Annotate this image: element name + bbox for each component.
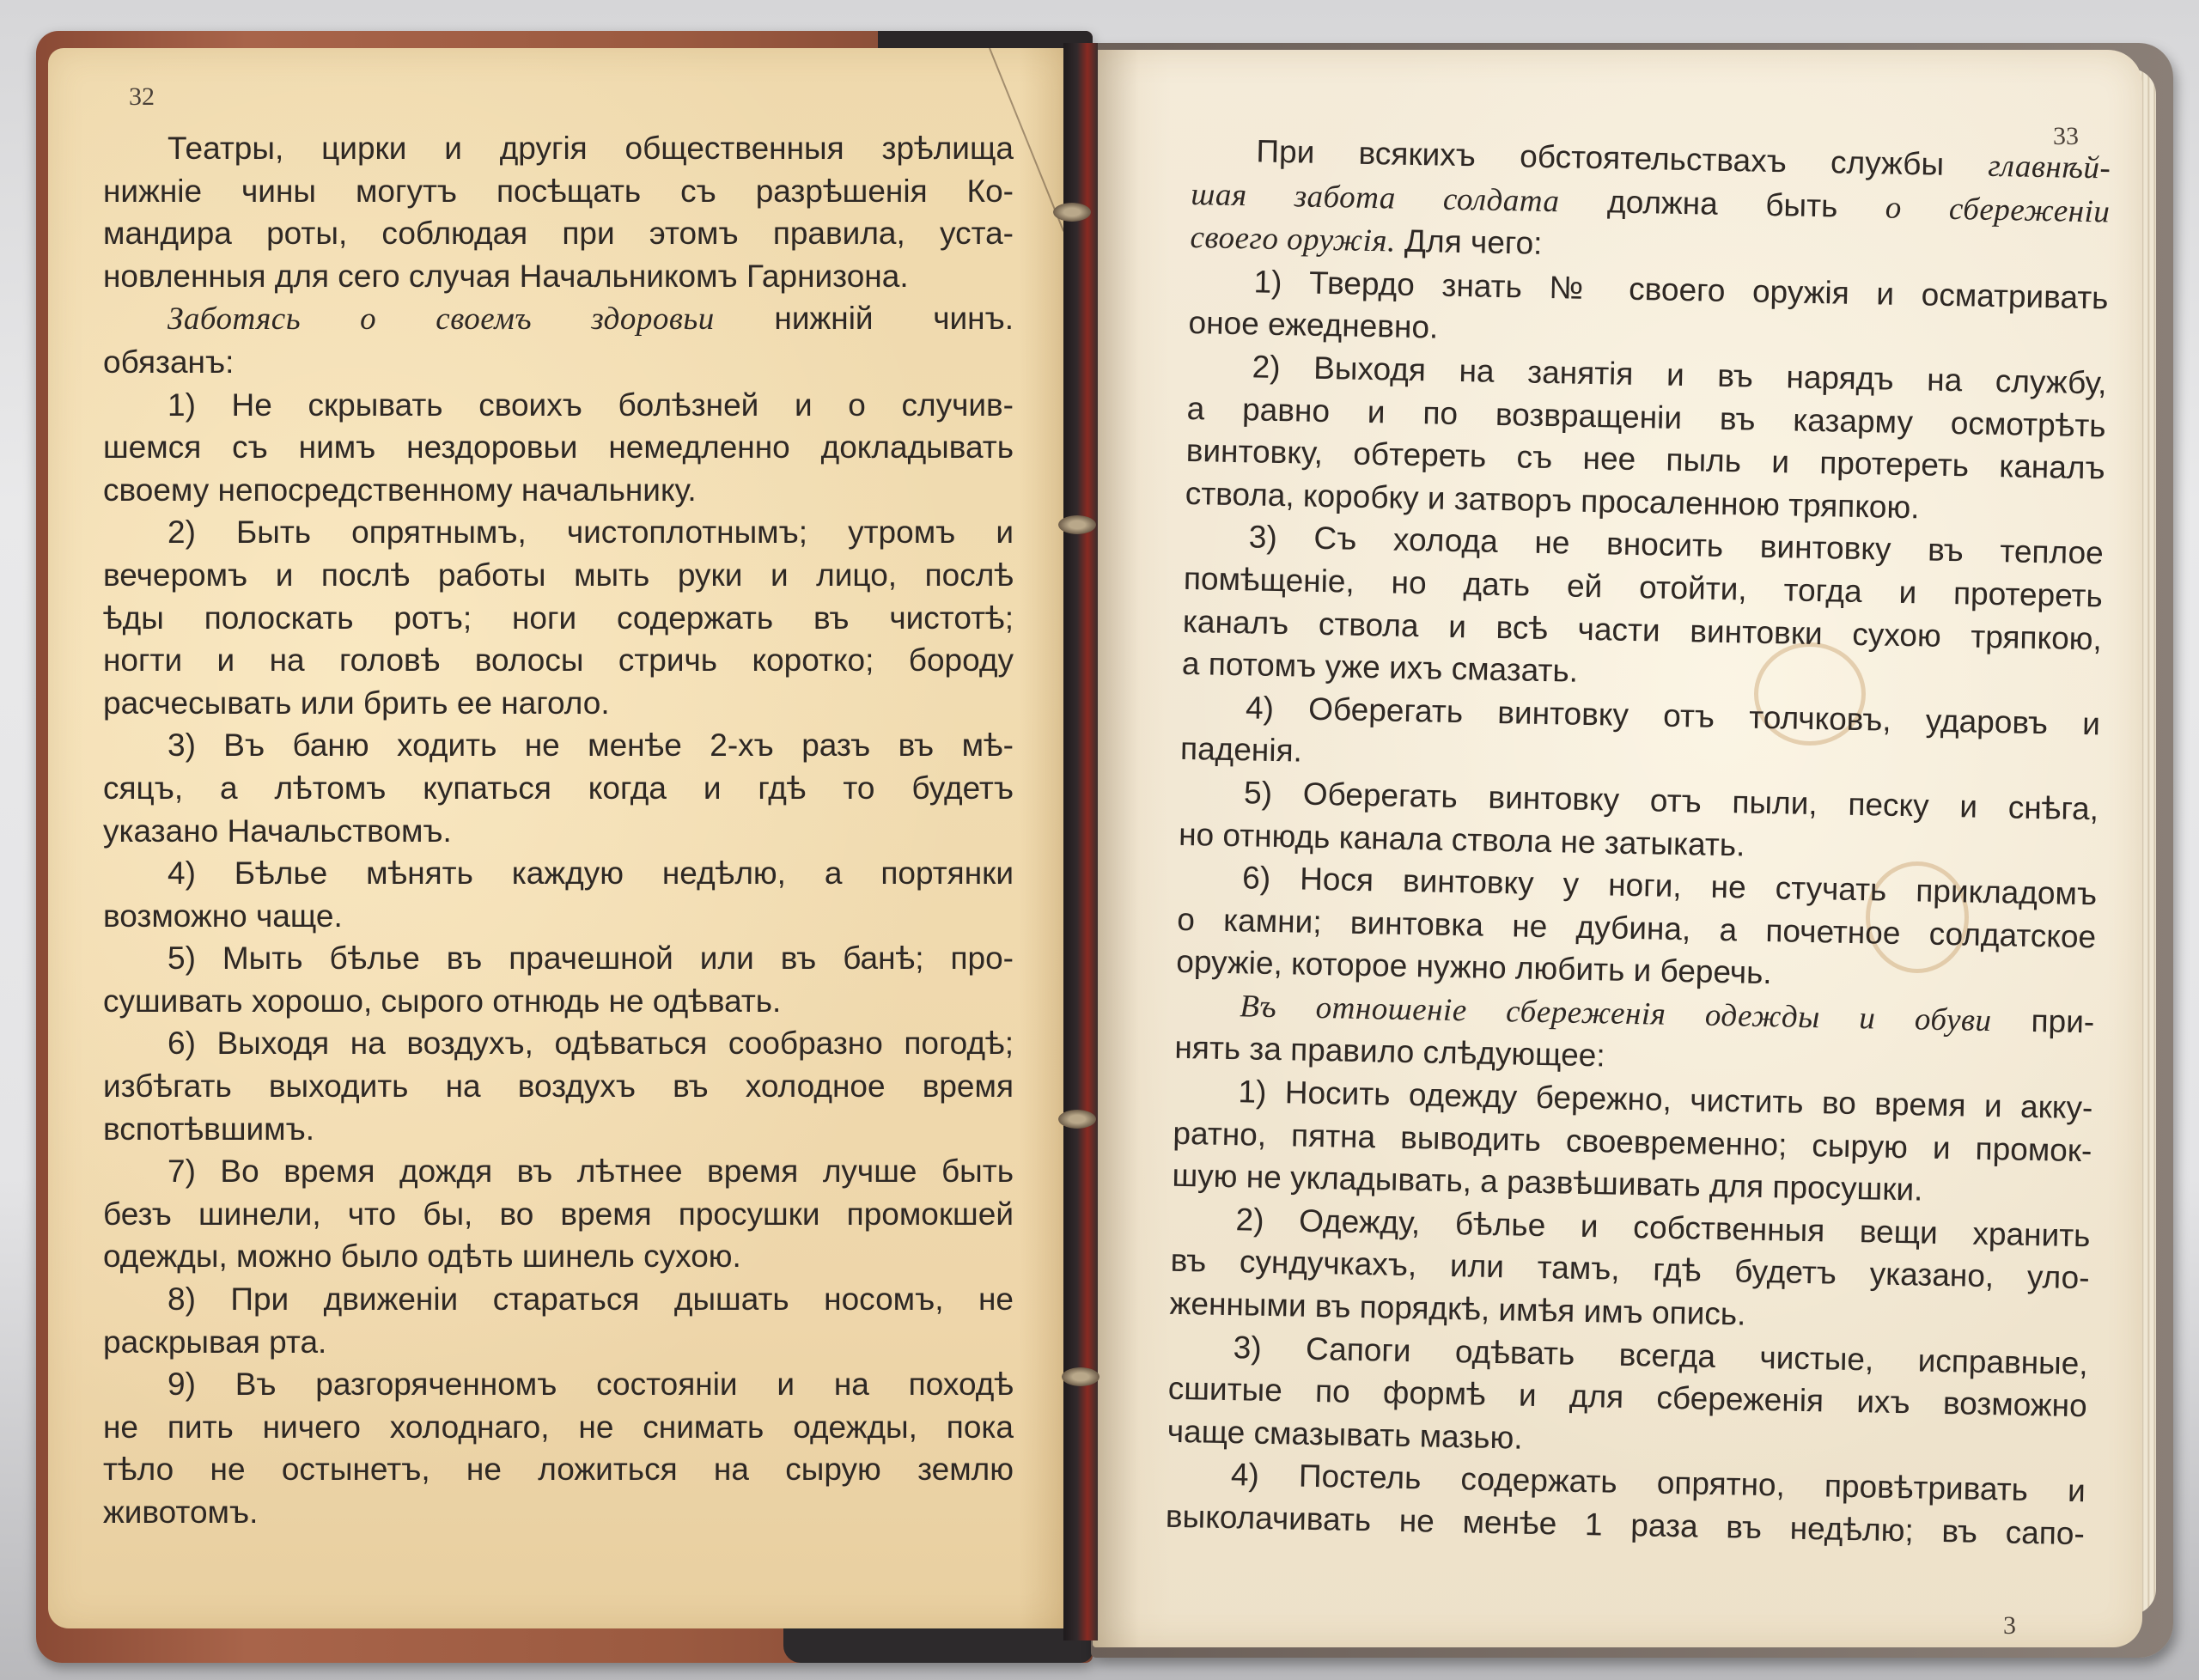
line-text: тѣло не остынетъ, не ложиться на сырую з… xyxy=(103,1452,1014,1487)
line-text: женными въ порядкѣ, имѣя имъ опись. xyxy=(1169,1286,1745,1332)
line-text: должна быть xyxy=(1559,183,1885,224)
line-text: 2) Быть опрятнымъ, чистоплотнымъ; утромъ… xyxy=(168,514,1014,550)
text-line: вечеромъ и послѣ работы мыть руки и лицо… xyxy=(103,554,1014,597)
line-text: безъ шинели, что бы, во время просушки п… xyxy=(103,1196,1014,1232)
line-text: Театры, цирки и другія общественныя зрѣл… xyxy=(168,131,1014,166)
text-line: безъ шинели, что бы, во время просушки п… xyxy=(103,1193,1014,1236)
italic-emphasis: шая забота солдата xyxy=(1191,177,1560,219)
line-text: но отнюдь канала ствола не затыкать. xyxy=(1179,816,1745,862)
line-text: не пить ничего холоднаго, не снимать оде… xyxy=(103,1409,1014,1445)
line-text: а потомъ уже ихъ смазать. xyxy=(1182,646,1579,689)
text-line: 4) Бѣлье мѣнять каждую недѣлю, а портянк… xyxy=(103,852,1014,895)
text-line: своему непосредственному начальнику. xyxy=(103,469,1014,512)
right-page-text: При всякихъ обстоятельствахъ службы глав… xyxy=(1166,129,2111,1555)
text-line: вспотѣвшимъ. xyxy=(103,1108,1014,1151)
line-text: нижній чинъ. xyxy=(715,301,1014,336)
italic-emphasis: о сбереженіи xyxy=(1885,190,2110,229)
line-text: животомъ. xyxy=(103,1494,258,1530)
italic-emphasis: главнѣй- xyxy=(1988,149,2111,186)
line-text: раскрывая рта. xyxy=(103,1324,326,1360)
line-text: 1) Не скрывать своихъ болѣзней и о случи… xyxy=(168,387,1014,423)
text-line: 7) Во время дождя въ лѣтнее время лучше … xyxy=(103,1150,1014,1193)
line-text: 3) Въ баню ходить не менѣе 2-хъ разъ въ … xyxy=(168,727,1014,763)
text-line: 2) Быть опрятнымъ, чистоплотнымъ; утромъ… xyxy=(103,511,1014,554)
line-text: Для чего: xyxy=(1395,223,1542,261)
line-text: мандира роты, соблюдая при этомъ правила… xyxy=(103,216,1014,251)
text-line: 6) Выходя на воздухъ, одѣваться сообразн… xyxy=(103,1022,1014,1065)
signature-mark: 3 xyxy=(2003,1611,2016,1640)
open-book: 32 33 3 Театры, цирки и другія обществен… xyxy=(0,0,2199,1680)
text-line: ѣды полоскать ротъ; ноги содержать въ чи… xyxy=(103,597,1014,640)
text-line: 8) При движеніи стараться дышать носомъ,… xyxy=(103,1278,1014,1321)
line-text: 7) Во время дождя въ лѣтнее время лучше … xyxy=(168,1153,1014,1189)
text-line: Театры, цирки и другія общественныя зрѣл… xyxy=(103,127,1014,170)
text-line: тѣло не остынетъ, не ложиться на сырую з… xyxy=(103,1448,1014,1491)
line-text: 6) Выходя на воздухъ, одѣваться сообразн… xyxy=(168,1026,1014,1061)
line-text: своему непосредственному начальнику. xyxy=(103,472,697,508)
line-text: 9) Въ разгоряченномъ состояніи и на похо… xyxy=(168,1367,1014,1402)
line-text: 5) Мыть бѣлье въ прачешной или въ банѣ; … xyxy=(168,940,1014,976)
text-line: указано Начальствомъ. xyxy=(103,810,1014,853)
text-line: одежды, можно было одѣть шинель сухою. xyxy=(103,1235,1014,1278)
text-line: шемся съ нимъ нездоровьи немедленно докл… xyxy=(103,426,1014,469)
binding-thread xyxy=(1058,515,1096,534)
line-text: указано Начальствомъ. xyxy=(103,813,452,849)
text-line: Заботясь о своемъ здоровьи нижній чинъ. xyxy=(103,297,1014,341)
line-text: 8) При движеніи стараться дышать носомъ,… xyxy=(168,1281,1014,1317)
line-text: оружіе, которое нужно любить и беречь. xyxy=(1176,944,1772,990)
text-line: обязанъ: xyxy=(103,341,1014,384)
line-text: одежды, можно было одѣть шинель сухою. xyxy=(103,1239,741,1274)
italic-emphasis: своего оружія. xyxy=(1190,220,1396,259)
book-spine xyxy=(1063,43,1098,1640)
text-line: 5) Мыть бѣлье въ прачешной или въ банѣ; … xyxy=(103,937,1014,980)
line-text: обязанъ: xyxy=(103,344,234,380)
text-line: мандира роты, соблюдая при этомъ правила… xyxy=(103,212,1014,255)
text-line: нижніе чины могутъ посѣщать съ разрѣшені… xyxy=(103,170,1014,213)
line-text: сяцъ, а лѣтомъ купаться когда и гдѣ то б… xyxy=(103,770,1014,806)
text-line: избѣгать выходить на воздухъ въ холодное… xyxy=(103,1065,1014,1108)
left-page-text: Театры, цирки и другія общественныя зрѣл… xyxy=(103,127,1014,1534)
binding-thread xyxy=(1062,1367,1099,1386)
binding-thread xyxy=(1058,1110,1096,1129)
gutter-shadow xyxy=(1019,48,1070,1628)
text-line: животомъ. xyxy=(103,1491,1014,1534)
line-text: чаще смазывать мазью. xyxy=(1167,1414,1522,1456)
line-text: 4) Бѣлье мѣнять каждую недѣлю, а портянк… xyxy=(168,855,1014,891)
line-text: паденія. xyxy=(1180,731,1303,769)
text-line: возможно чаще. xyxy=(103,895,1014,938)
text-line: новленныя для сего случая Начальникомъ Г… xyxy=(103,255,1014,298)
page-number-left: 32 xyxy=(129,82,155,112)
line-text: нять за правило слѣдующее: xyxy=(1174,1030,1605,1074)
text-line: ногти и на головѣ волосы стричь коротко;… xyxy=(103,639,1014,682)
line-text: вспотѣвшимъ. xyxy=(103,1111,314,1147)
binding-thread xyxy=(1053,203,1091,222)
line-text: избѣгать выходить на воздухъ въ холодное… xyxy=(103,1068,1014,1104)
text-line: сушивать хорошо, сырого отнюдь не одѣват… xyxy=(103,980,1014,1023)
line-text: ѣды полоскать ротъ; ноги содержать въ чи… xyxy=(103,600,1014,636)
line-text: при- xyxy=(1991,1002,2094,1039)
line-text: ногти и на головѣ волосы стричь коротко;… xyxy=(103,642,1014,678)
text-line: 9) Въ разгоряченномъ состояніи и на похо… xyxy=(103,1363,1014,1406)
line-text: возможно чаще. xyxy=(103,898,343,934)
text-line: 1) Не скрывать своихъ болѣзней и о случи… xyxy=(103,384,1014,427)
text-line: не пить ничего холоднаго, не снимать оде… xyxy=(103,1406,1014,1449)
line-text: вечеромъ и послѣ работы мыть руки и лицо… xyxy=(103,557,1014,593)
text-line: сяцъ, а лѣтомъ купаться когда и гдѣ то б… xyxy=(103,767,1014,810)
line-text: нижніе чины могутъ посѣщать съ разрѣшені… xyxy=(103,173,1014,209)
line-text: оное ежедневно. xyxy=(1188,305,1438,345)
text-line: 3) Въ баню ходить не менѣе 2-хъ разъ въ … xyxy=(103,724,1014,767)
gutter-shadow xyxy=(1093,50,1170,1647)
text-line: расчесывать или брить ее наголо. xyxy=(103,682,1014,725)
line-text: шемся съ нимъ нездоровьи немедленно докл… xyxy=(103,429,1014,465)
line-text: сушивать хорошо, сырого отнюдь не одѣват… xyxy=(103,983,781,1019)
line-text: расчесывать или брить ее наголо. xyxy=(103,685,610,721)
italic-emphasis: Заботясь о своемъ здоровьи xyxy=(168,301,715,337)
text-line: раскрывая рта. xyxy=(103,1321,1014,1364)
line-text: новленныя для сего случая Начальникомъ Г… xyxy=(103,259,909,294)
